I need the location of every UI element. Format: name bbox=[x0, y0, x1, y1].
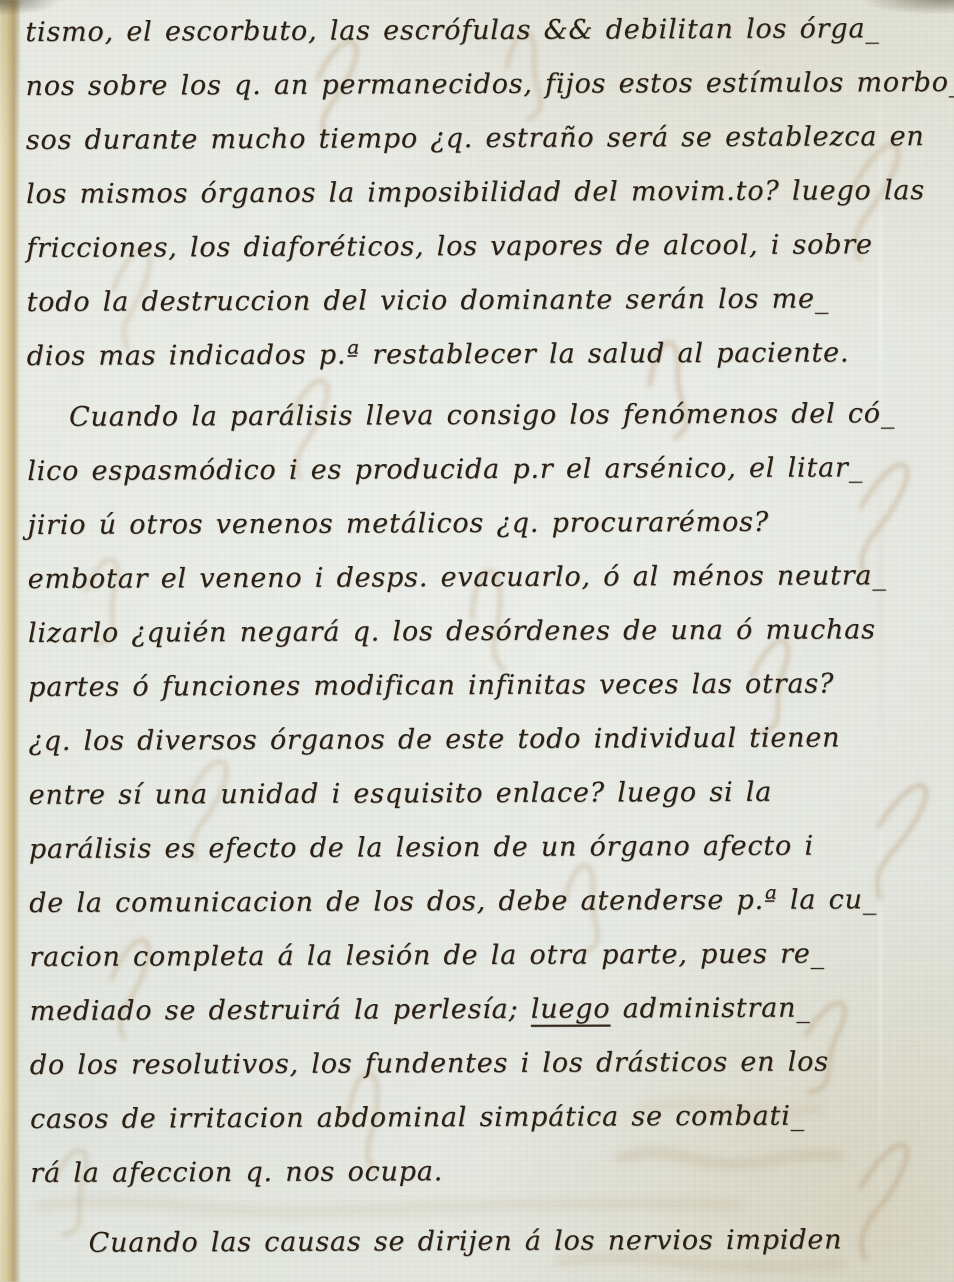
manuscript-line: jirio ú otros venenos metálicos ¿q. proc… bbox=[27, 495, 939, 553]
manuscript-line: rá la afeccion q. nos ocupa. bbox=[30, 1143, 942, 1201]
manuscript-line: sos durante mucho tiempo ¿q. estraño ser… bbox=[26, 110, 938, 168]
manuscript-line: partes ó funciones modifican infinitas v… bbox=[28, 657, 940, 715]
manuscript-line: lico espasmódico i es producida p.r el a… bbox=[27, 441, 939, 499]
manuscript-line: nos sobre los q. an permanecidos, fijos … bbox=[25, 56, 937, 114]
manuscript-line: embotar el veneno i desps. evacuarlo, ó … bbox=[28, 549, 940, 607]
underlined-word: luego bbox=[531, 993, 611, 1024]
manuscript-line: parálisis es efecto de la lesion de un ó… bbox=[29, 819, 941, 877]
line-text: administran_ bbox=[610, 993, 810, 1025]
manuscript-text: tismo, el escorbuto, las escrófulas && d… bbox=[25, 2, 943, 1271]
manuscript-line: casos de irritacion abdominal simpática … bbox=[30, 1089, 942, 1147]
manuscript-line: fricciones, los diaforéticos, los vapore… bbox=[26, 218, 938, 276]
manuscript-line: do los resolutivos, los fundentes i los … bbox=[30, 1035, 942, 1093]
manuscript-line-with-underline: mediado se destruirá la perlesía; luego … bbox=[30, 981, 942, 1039]
manuscript-line-paragraph-start: Cuando las causas se dirijen á los nervi… bbox=[89, 1213, 943, 1271]
manuscript-line: dios mas indicados p.ª restablecer la sa… bbox=[27, 326, 939, 384]
manuscript-line: tismo, el escorbuto, las escrófulas && d… bbox=[25, 2, 937, 60]
manuscript-line: racion completa á la lesión de la otra p… bbox=[29, 927, 941, 985]
manuscript-line-paragraph-start: Cuando la parálisis lleva consigo los fe… bbox=[69, 387, 939, 445]
manuscript-line: lizarlo ¿quién negará q. los desórdenes … bbox=[28, 603, 940, 661]
manuscript-line: de la comunicacion de los dos, debe aten… bbox=[29, 873, 941, 931]
manuscript-line: los mismos órganos la imposibilidad del … bbox=[26, 164, 938, 222]
binding-edge bbox=[0, 0, 20, 1282]
manuscript-line: entre sí una unidad i esquisito enlace? … bbox=[29, 765, 941, 823]
manuscript-line: ¿q. los diversos órganos de este todo in… bbox=[28, 711, 940, 769]
line-text: mediado se destruirá la perlesía; bbox=[30, 994, 531, 1027]
manuscript-line: todo la destruccion del vicio dominante … bbox=[26, 272, 938, 330]
manuscript-page: tismo, el escorbuto, las escrófulas && d… bbox=[0, 0, 954, 1282]
